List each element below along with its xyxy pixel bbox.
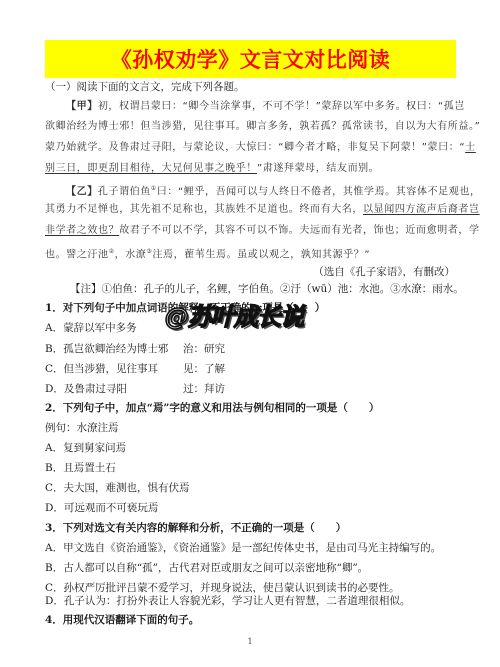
question-2-option-c: C．夫大国，难测也，惧有伏焉 (45, 481, 190, 495)
question-3-option-a: A．甲文选自《资治通鉴》，《资治通鉴》是一部纪传体史书，是由司马光主持编写的。 (45, 541, 441, 555)
passage-yi-label: 【乙】 (66, 186, 98, 197)
annotation-notes: 【注】①伯鱼：孔子的儿子，名鲤，字伯鱼。②汙（wū）池：水池。③水潦：雨水。 (70, 282, 464, 296)
passage-yi-line-3: 非学者之效也？故君子不可以不学，其容不可以不饰。夫远而有光者，饰也；近而愈明者，… (45, 224, 480, 238)
question-4-stem: 4．用现代汉语翻译下面的句子。 (45, 613, 199, 627)
question-2-option-a: A．复到舅家问焉 (45, 441, 126, 455)
section-heading: （一）阅读下面的文言文，完成下列各题。 (45, 80, 245, 94)
passage-jia-label: 【甲】 (66, 101, 98, 112)
watermark: @苏叶成长说 (165, 297, 303, 332)
question-2-option-b: B．且焉置土石 (45, 461, 116, 475)
passage-yi-line-2: 其勇力不足惮也，其先祖不足称也，其族姓不足道也。终而有大名，以显闻四方流声后裔者… (45, 203, 480, 217)
question-1-option-d-gloss: 过：拜访 (183, 382, 225, 396)
underlined-sentence-jia: 别三日，即更刮目相待，大兄何见事之晚乎！ (45, 163, 257, 174)
passage-yi-line-1: 【乙】孔子谓伯鱼①曰：“鲤乎，吾闻可以与人终日不倦者，其惟学焉。其容体不足观也， (66, 182, 481, 199)
source-citation: （选自《孔子家语》，有删改） (313, 265, 455, 279)
question-2-example: 例句：水潦注焉 (45, 421, 119, 435)
question-1-option-c: C．但当涉猎，见往事耳 (45, 362, 158, 376)
passage-jia-line-3: 蒙乃始就学。及鲁肃过寻阳，与蒙论议，大惊曰：“卿今者才略，非复吴下阿蒙！”蒙曰：… (45, 141, 476, 155)
document-page: 《孙权劝学》文言文对比阅读 （一）阅读下面的文言文，完成下列各题。 【甲】初，权… (0, 0, 500, 667)
question-3-option-d: D．孔子认为：打扮外表让人容貌光彩，学习让人更有智慧，二者道理很相似。 (45, 594, 410, 608)
question-1-option-d: D．及鲁肃过寻阳 (45, 382, 127, 396)
question-3-option-c: C．孙权严厉批评吕蒙不爱学习，并现身说法，使吕蒙认识到读书的必要性。 (45, 581, 400, 595)
question-1-option-b: B．孤岂欲卿治经为博士邪 (45, 342, 168, 356)
question-3-option-b: B．古人都可以自称“孤”，古代君对臣或朋友之间可以亲密地称“卿”。 (45, 561, 368, 575)
question-2-stem: 2．下列句子中，加点“焉”字的意义和用法与例句相同的一项是（ ） (45, 401, 379, 415)
passage-yi-line-4: 也。譬之汙池②，水潦③注焉，雚苇生焉。虽或以观之，孰知其源乎？” (45, 245, 370, 262)
question-1-option-b-gloss: 治：研究 (183, 342, 225, 356)
question-2-option-d: D．可远观而不可亵玩焉 (45, 501, 158, 515)
question-1-option-c-gloss: 见：了解 (183, 362, 225, 376)
page-number: 1 (0, 637, 500, 646)
title-banner: 《孙权劝学》文言文对比阅读 (45, 40, 456, 78)
underlined-sentence-yi: 以显闻四方流声后裔者岂 (363, 204, 480, 215)
question-1-option-a: A．蒙辞以军中多务 (45, 321, 137, 335)
passage-jia-line-1: 【甲】初，权谓吕蒙曰：“卿今当涂掌事，不可不学！”蒙辞以军中多务。权曰：“孤岂 (66, 100, 465, 114)
question-3-stem: 3．下列对选文有关内容的解释和分析，不正确的一项是（ ） (45, 521, 346, 535)
passage-jia-line-2: 欲卿治经为博士邪！但当涉猎，见往事耳。卿言多务，孰若孤？孤常读书，自以为大有所益… (45, 120, 480, 134)
passage-jia-line-4: 别三日，即更刮目相待，大兄何见事之晚乎！”肃遂拜蒙母，结友而别。 (45, 162, 379, 176)
page-title: 《孙权劝学》文言文对比阅读 (111, 44, 391, 74)
